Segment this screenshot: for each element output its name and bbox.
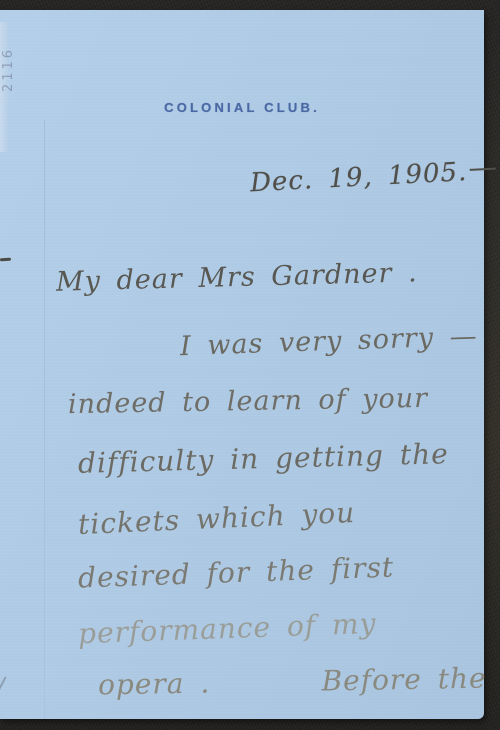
letter-paper: COLONIAL CLUB. Dec. 19, 1905. My dear Mr… [0,10,484,719]
body-line: opera . Before the [98,662,487,702]
body-line: difficulty in getting the [78,437,450,480]
letterhead-title: COLONIAL CLUB. [0,100,484,115]
body-line: indeed to learn of your [68,383,429,420]
paper-crease-line [44,120,45,720]
handwritten-date: Dec. 19, 1905. [249,156,497,199]
body-line: I was very sorry — [180,321,479,362]
scan-background: COLONIAL CLUB. Dec. 19, 1905. My dear Mr… [0,0,500,730]
salutation-line: My dear Mrs Gardner . [56,257,418,297]
edge-pencil-number: 2116 [1,47,16,92]
body-line: desired for the first [78,550,395,594]
body-line: tickets which you [77,496,355,541]
body-line: performance of my [78,607,377,650]
edge-ink-stroke [0,676,7,691]
edge-dash-mark [0,258,11,262]
